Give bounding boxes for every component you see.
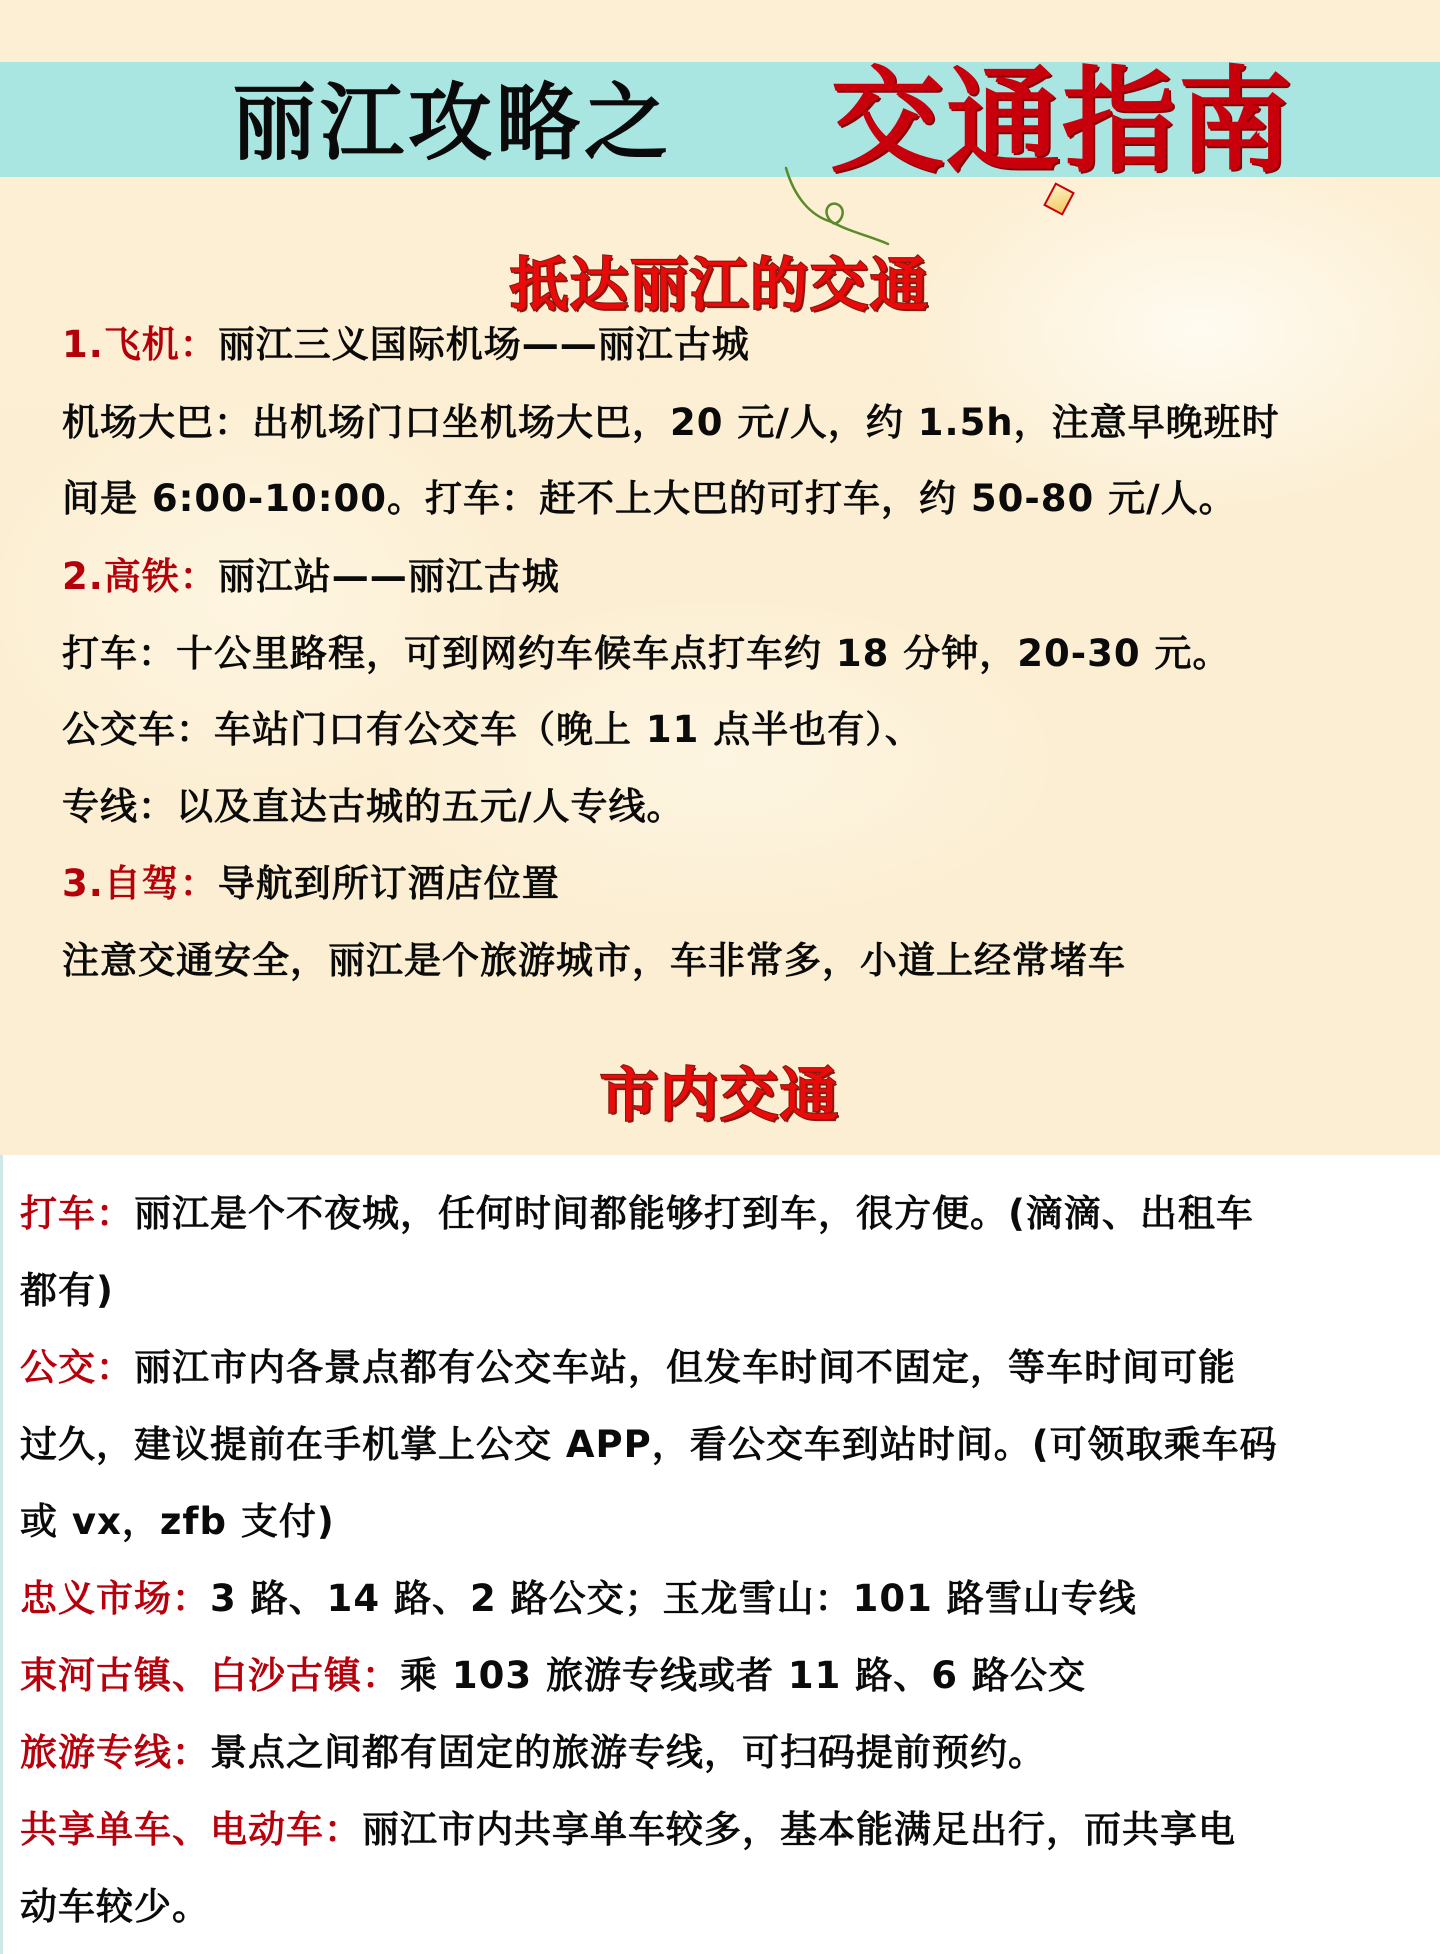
city-line: 忠义市场：3 路、14 路、2 路公交；玉龙雪山：101 路雪山专线 [20,1576,1137,1622]
city-line: 旅游专线：景点之间都有固定的旅游专线，可扫码提前预约。 [20,1730,1046,1776]
line-label: 1.飞机： [62,323,218,366]
line-text: 丽江市内各景点都有公交车站，但发车时间不固定，等车时间可能 [134,1346,1236,1389]
city-line: 或 vx，zfb 支付) [20,1499,335,1545]
line-text: 过久，建议提前在手机掌上公交 APP，看公交车到站时间。(可领取乘车码 [20,1423,1278,1466]
arrival-line: 2.高铁：丽江站——丽江古城 [62,554,560,600]
line-label: 共享单车、电动车： [20,1808,362,1851]
line-label: 2.高铁： [62,555,218,598]
arrival-line: 间是 6:00-10:00。打车：赶不上大巴的可打车，约 50-80 元/人。 [62,476,1237,522]
arrival-line: 1.飞机：丽江三义国际机场——丽江古城 [62,322,750,368]
arrival-line: 公交车：车站门口有公交车（晚上 11 点半也有）、 [62,707,923,753]
line-label: 旅游专线： [20,1731,210,1774]
line-text: 打车：十公里路程，可到网约车候车点打车约 18 分钟，20-30 元。 [62,632,1230,675]
line-text: 机场大巴：出机场门口坐机场大巴，20 元/人，约 1.5h，注意早晚班时 [62,401,1280,444]
city-line: 共享单车、电动车：丽江市内共享单车较多，基本能满足出行，而共享电 [20,1807,1236,1853]
line-text: 丽江是个不夜城，任何时间都能够打到车，很方便。(滴滴、出租车 [134,1192,1254,1235]
line-label: 打车： [20,1192,134,1235]
vine-icon [780,166,900,246]
line-text: 都有) [20,1269,114,1312]
section-heading-city: 市内交通 [0,1048,1440,1132]
line-text: 动车较少。 [20,1885,210,1928]
city-line: 动车较少。 [20,1884,210,1930]
arrival-line: 注意交通安全，丽江是个旅游城市，车非常多，小道上经常堵车 [62,938,1126,984]
section-heading-arrival: 抵达丽江的交通 [0,238,1440,322]
page-title-highlight: 交通指南 [830,62,1294,182]
line-text: 导航到所订酒店位置 [218,862,560,905]
line-label: 公交： [20,1346,134,1389]
line-label: 3.自驾： [62,862,218,905]
line-text: 景点之间都有固定的旅游专线，可扫码提前预约。 [210,1731,1046,1774]
arrival-line: 打车：十公里路程，可到网约车候车点打车约 18 分钟，20-30 元。 [62,631,1230,677]
line-text: 丽江站——丽江古城 [218,555,560,598]
line-text: 专线：以及直达古城的五元/人专线。 [62,785,685,828]
page-title-prefix: 丽江攻略之 [232,78,672,168]
line-label: 忠义市场： [20,1577,210,1620]
line-text: 乘 103 旅游专线或者 11 路、6 路公交 [400,1654,1086,1697]
line-text: 注意交通安全，丽江是个旅游城市，车非常多，小道上经常堵车 [62,939,1126,982]
arrival-line: 机场大巴：出机场门口坐机场大巴，20 元/人，约 1.5h，注意早晚班时 [62,400,1280,446]
arrival-line: 专线：以及直达古城的五元/人专线。 [62,784,685,830]
city-line: 公交：丽江市内各景点都有公交车站，但发车时间不固定，等车时间可能 [20,1345,1236,1391]
line-text: 公交车：车站门口有公交车（晚上 11 点半也有）、 [62,708,923,751]
city-line: 过久，建议提前在手机掌上公交 APP，看公交车到站时间。(可领取乘车码 [20,1422,1278,1468]
line-text: 间是 6:00-10:00。打车：赶不上大巴的可打车，约 50-80 元/人。 [62,477,1237,520]
line-text: 丽江市内共享单车较多，基本能满足出行，而共享电 [362,1808,1236,1851]
city-line: 打车：丽江是个不夜城，任何时间都能够打到车，很方便。(滴滴、出租车 [20,1191,1254,1237]
city-line: 都有) [20,1268,114,1314]
line-text: 3 路、14 路、2 路公交；玉龙雪山：101 路雪山专线 [210,1577,1137,1620]
city-line: 束河古镇、白沙古镇：乘 103 旅游专线或者 11 路、6 路公交 [20,1653,1086,1699]
line-label: 束河古镇、白沙古镇： [20,1654,400,1697]
line-text: 或 vx，zfb 支付) [20,1500,335,1543]
arrival-line: 3.自驾：导航到所订酒店位置 [62,861,560,907]
line-text: 丽江三义国际机场——丽江古城 [218,323,750,366]
